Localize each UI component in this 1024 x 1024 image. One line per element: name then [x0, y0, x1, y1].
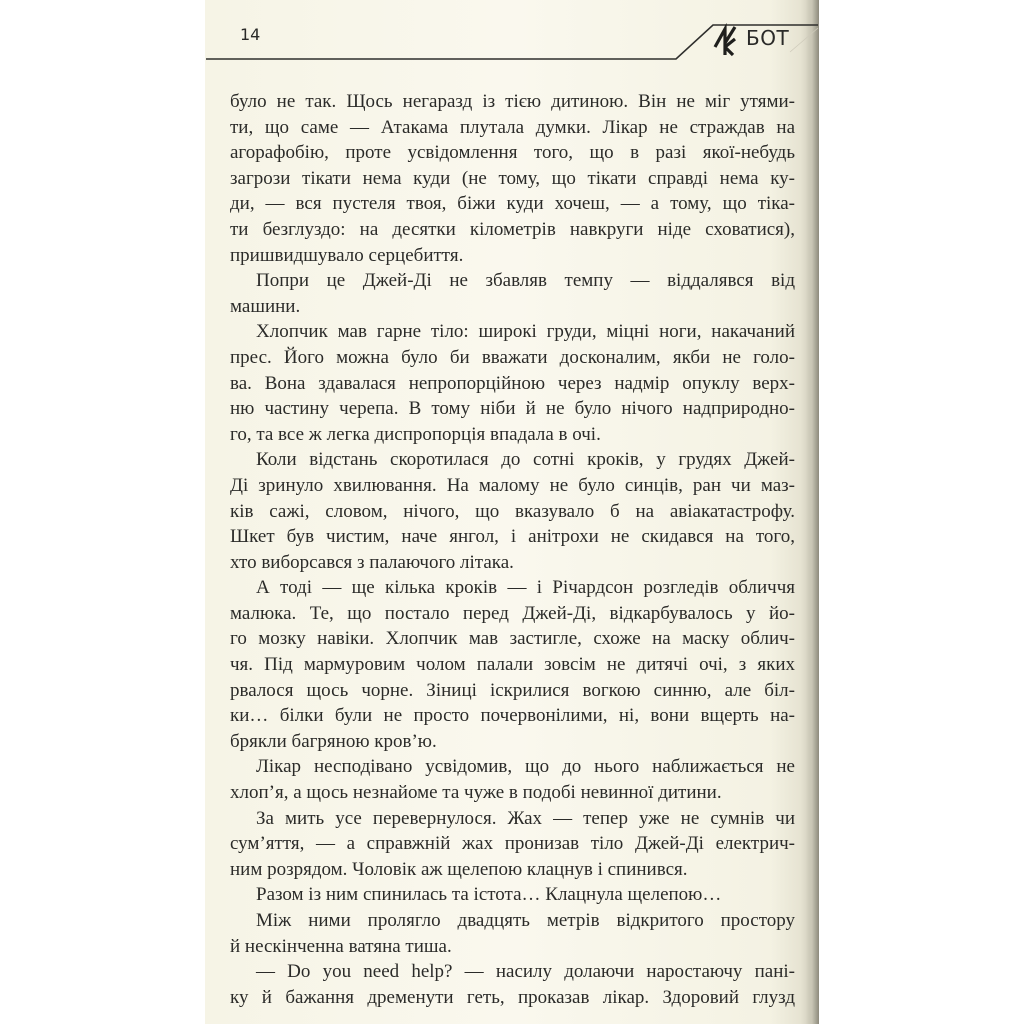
text-line: Коли відстань скоротилася до сотні крокі…: [230, 447, 795, 473]
body-text: було не так. Щось негаразд із тією дитин…: [230, 89, 795, 1010]
text-line: ки… білки були не просто почервонілими, …: [230, 703, 795, 729]
text-line: Лікар несподівано усвідомив, що до нього…: [230, 754, 795, 780]
text-line: Разом із ним спинилась та істота… Клацну…: [230, 882, 795, 908]
text-line: хто виборсався з палаючого літака.: [230, 550, 795, 576]
text-line: було не так. Щось негаразд із тією дитин…: [230, 89, 795, 115]
text-line: ним розрядом. Чоловік аж щелепою клацнув…: [230, 857, 795, 883]
text-line: ва. Вона здавалася непропорційною через …: [230, 371, 795, 397]
text-line: пришвидшувало серцебиття.: [230, 243, 795, 269]
text-line: ню частину черепа. В тому ніби й не було…: [230, 396, 795, 422]
text-line: чя. Під мармуровим чолом палали зовсім н…: [230, 652, 795, 678]
text-line: — Do you need help? — насилу долаючи нар…: [230, 959, 795, 985]
text-line: ку й бажання дременути геть, проказав лі…: [230, 985, 795, 1011]
book-title: БОТ: [746, 26, 789, 50]
text-line: рвалося щось чорне. Зіниці іскрилися вог…: [230, 678, 795, 704]
text-line: машини.: [230, 294, 795, 320]
text-line: й нескінченна ватяна тиша.: [230, 934, 795, 960]
text-line: А тоді — ще кілька кроків — і Річардсон …: [230, 575, 795, 601]
text-line: агорафобію, проте усвідомлення того, що …: [230, 140, 795, 166]
page-edge-shadow: [806, 0, 819, 1024]
text-line: брякли багряною кров’ю.: [230, 729, 795, 755]
text-line: Шкет був чистим, наче янгол, і анітрохи …: [230, 524, 795, 550]
text-line: малюка. Те, що постало перед Джей-Ді, ві…: [230, 601, 795, 627]
text-line: прес. Його можна було би вважати доскона…: [230, 345, 795, 371]
text-line: Хлопчик мав гарне тіло: широкі груди, мі…: [230, 319, 795, 345]
text-line: Попри це Джей-Ді не збавляв темпу — відд…: [230, 268, 795, 294]
publisher-logo-icon: [711, 23, 743, 57]
text-line: ти, що саме — Атакама плутала думки. Лік…: [230, 115, 795, 141]
text-line: Ді зринуло хвилювання. На малому не було…: [230, 473, 795, 499]
text-line: За мить усе перевернулося. Жах — тепер у…: [230, 806, 795, 832]
text-line: го, та все ж легка диспропорція впадала …: [230, 422, 795, 448]
text-line: ків сажі, словом, нічого, що вказувало б…: [230, 499, 795, 525]
page-number: 14: [240, 25, 260, 44]
text-line: хлоп’я, а щось незнайоме та чуже в подоб…: [230, 780, 795, 806]
text-line: ди, — вся пустеля твоя, біжи куди хочеш,…: [230, 191, 795, 217]
text-line: Між ними пролягло двадцять метрів відкри…: [230, 908, 795, 934]
text-line: загрози тікати нема куди (не тому, що ті…: [230, 166, 795, 192]
text-line: сум’яття, — а справжній жах пронизав тіл…: [230, 831, 795, 857]
text-line: го мозку навіки. Хлопчик мав застигле, с…: [230, 626, 795, 652]
text-line: ти безглуздо: на десятки кілометрів навк…: [230, 217, 795, 243]
